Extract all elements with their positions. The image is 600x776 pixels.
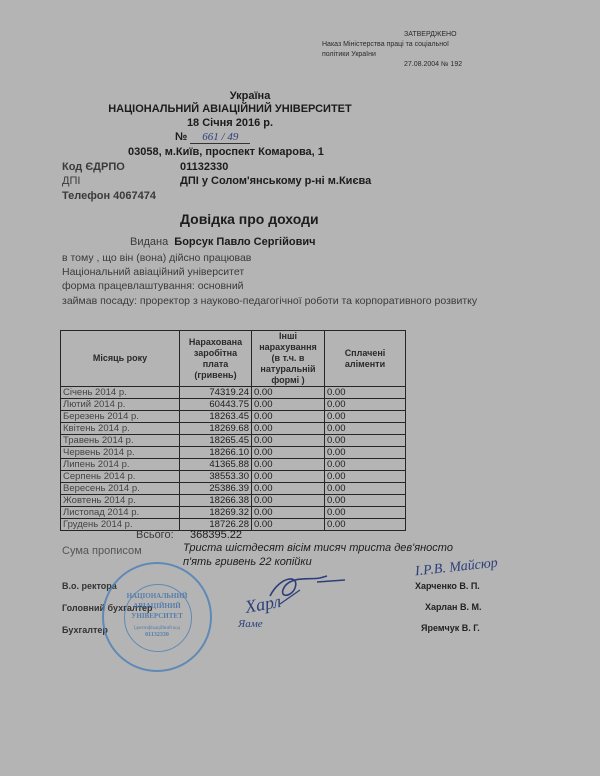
cell-month: Березень 2014 р. bbox=[61, 411, 180, 423]
cell-salary: 18265.45 bbox=[180, 435, 252, 447]
stamp-line-5: 01132330 bbox=[104, 631, 210, 640]
stamp-line-1: НАЦІОНАЛЬНИЙ bbox=[104, 592, 210, 601]
name-rector: Харченко В. П. bbox=[415, 581, 480, 591]
cell-other: 0.00 bbox=[252, 435, 325, 447]
cell-month: Лютий 2014 р. bbox=[61, 399, 180, 411]
table-row: Січень 2014 р.74319.240.000.00 bbox=[61, 387, 406, 399]
stamp-line-3: УНІВЕРСИТЕТ bbox=[104, 612, 210, 621]
total-label: Всього: bbox=[136, 529, 174, 541]
name-accountant: Яремчук В. Г. bbox=[421, 623, 480, 633]
cell-other: 0.00 bbox=[252, 411, 325, 423]
cell-month: Серпень 2014 р. bbox=[61, 471, 180, 483]
approval-title: ЗАТВЕРДЖЕНО bbox=[322, 30, 502, 40]
cell-alimony: 0.00 bbox=[325, 423, 406, 435]
table-row: Липень 2014 р.41365.880.000.00 bbox=[61, 459, 406, 471]
approval-line-2: політики України bbox=[322, 50, 502, 60]
approval-line-3: 27.08.2004 № 192 bbox=[322, 60, 502, 70]
cell-alimony: 0.00 bbox=[325, 519, 406, 531]
statement-line-4: займав посаду: проректор з науково-педаг… bbox=[62, 295, 477, 307]
cell-other: 0.00 bbox=[252, 387, 325, 399]
cell-salary: 18269.32 bbox=[180, 507, 252, 519]
cell-salary: 18266.38 bbox=[180, 495, 252, 507]
document-number: № 661 / 49 bbox=[175, 131, 250, 144]
table-row: Червень 2014 р.18266.100.000.00 bbox=[61, 447, 406, 459]
cell-salary: 25386.39 bbox=[180, 483, 252, 495]
cell-other: 0.00 bbox=[252, 519, 325, 531]
cell-alimony: 0.00 bbox=[325, 399, 406, 411]
edrpo-value: 01132330 bbox=[180, 161, 228, 173]
cell-alimony: 0.00 bbox=[325, 483, 406, 495]
cell-salary: 18263.45 bbox=[180, 411, 252, 423]
dpi-value: ДПІ у Солом'янському р-ні м.Києва bbox=[180, 175, 371, 187]
cell-salary: 38553.30 bbox=[180, 471, 252, 483]
rector-handwritten-note: І.Р.В. Майсюр bbox=[414, 556, 498, 581]
role-accountant: Бухгалтер bbox=[62, 625, 108, 635]
organization-address: 03058, м.Київ, проспект Комарова, 1 bbox=[128, 146, 324, 158]
cell-alimony: 0.00 bbox=[325, 447, 406, 459]
header-other: Інші нарахування (в т.ч. в натуральній ф… bbox=[252, 331, 325, 387]
phone: Телефон 4067474 bbox=[62, 190, 156, 202]
cell-alimony: 0.00 bbox=[325, 495, 406, 507]
table-row: Лютий 2014 р.60443.750.000.00 bbox=[61, 399, 406, 411]
sum-in-words-line-1: Триста шістдесят вісім тисяч триста дев'… bbox=[183, 542, 453, 554]
approval-block: ЗАТВЕРДЖЕНО Наказ Міністерства праці та … bbox=[322, 30, 502, 70]
cell-other: 0.00 bbox=[252, 507, 325, 519]
cell-alimony: 0.00 bbox=[325, 387, 406, 399]
cell-alimony: 0.00 bbox=[325, 411, 406, 423]
official-stamp: НАЦІОНАЛЬНИЙ АВІАЦІЙНИЙ УНІВЕРСИТЕТ Іден… bbox=[102, 562, 212, 672]
cell-other: 0.00 bbox=[252, 447, 325, 459]
cell-month: Червень 2014 р. bbox=[61, 447, 180, 459]
cell-month: Липень 2014 р. bbox=[61, 459, 180, 471]
cell-other: 0.00 bbox=[252, 495, 325, 507]
approval-line-1: Наказ Міністерства праці та соціальної bbox=[322, 40, 502, 50]
cell-alimony: 0.00 bbox=[325, 507, 406, 519]
cell-salary: 18266.10 bbox=[180, 447, 252, 459]
dpi-label: ДПІ bbox=[62, 175, 80, 187]
table-row: Серпень 2014 р.38553.300.000.00 bbox=[61, 471, 406, 483]
statement-line-1: в тому , що він (вона) дійсно працював bbox=[62, 252, 251, 264]
cell-other: 0.00 bbox=[252, 459, 325, 471]
cell-month: Квітень 2014 р. bbox=[61, 423, 180, 435]
table-row: Квітень 2014 р.18269.680.000.00 bbox=[61, 423, 406, 435]
table-row: Листопад 2014 р.18269.320.000.00 bbox=[61, 507, 406, 519]
document-date: 18 Січня 2016 р. bbox=[80, 117, 380, 129]
cell-other: 0.00 bbox=[252, 399, 325, 411]
cell-salary: 18269.68 bbox=[180, 423, 252, 435]
issued-label: Видана bbox=[130, 236, 168, 248]
table-row: Жовтень 2014 р.18266.380.000.00 bbox=[61, 495, 406, 507]
chief-accountant-signature: Харл bbox=[243, 591, 282, 618]
cell-month: Січень 2014 р. bbox=[61, 387, 180, 399]
cell-alimony: 0.00 bbox=[325, 459, 406, 471]
country: Україна bbox=[100, 90, 400, 102]
cell-month: Травень 2014 р. bbox=[61, 435, 180, 447]
stamp-line-2: АВІАЦІЙНИЙ bbox=[104, 602, 210, 611]
cell-salary: 74319.24 bbox=[180, 387, 252, 399]
table-row: Травень 2014 р.18265.450.000.00 bbox=[61, 435, 406, 447]
cell-other: 0.00 bbox=[252, 483, 325, 495]
number-label: № bbox=[175, 131, 187, 143]
table-header-row: Місяць року Нарахована заробітна плата (… bbox=[61, 331, 406, 387]
income-table: Місяць року Нарахована заробітна плата (… bbox=[60, 330, 406, 531]
cell-other: 0.00 bbox=[252, 423, 325, 435]
table-row: Вересень 2014 р.25386.390.000.00 bbox=[61, 483, 406, 495]
number-value: 661 / 49 bbox=[190, 131, 250, 144]
accountant-signature: Яаме bbox=[238, 618, 263, 630]
cell-month: Листопад 2014 р. bbox=[61, 507, 180, 519]
statement-line-3: форма працевлаштування: основний bbox=[62, 280, 244, 292]
employee-name: Борсук Павло Сергійович bbox=[174, 236, 315, 248]
cell-month: Жовтень 2014 р. bbox=[61, 495, 180, 507]
cell-month: Вересень 2014 р. bbox=[61, 483, 180, 495]
table-row: Березень 2014 р.18263.450.000.00 bbox=[61, 411, 406, 423]
issued-to: Видана Борсук Павло Сергійович bbox=[130, 236, 316, 248]
header-alimony: Сплачені аліменти bbox=[325, 331, 406, 387]
header-salary: Нарахована заробітна плата (гривень) bbox=[180, 331, 252, 387]
sum-in-words-label: Сума прописом bbox=[62, 545, 142, 557]
cell-alimony: 0.00 bbox=[325, 435, 406, 447]
edrpo-label: Код ЄДРПО bbox=[62, 161, 125, 173]
name-chief-accountant: Харлан В. М. bbox=[425, 602, 481, 612]
cell-other: 0.00 bbox=[252, 471, 325, 483]
organization-name: НАЦІОНАЛЬНИЙ АВІАЦІЙНИЙ УНІВЕРСИТЕТ bbox=[80, 103, 380, 115]
header-month: Місяць року bbox=[61, 331, 180, 387]
total-value: 368395.22 bbox=[190, 529, 242, 541]
statement-line-2: Національний авіаційний університет bbox=[62, 266, 244, 278]
cell-alimony: 0.00 bbox=[325, 471, 406, 483]
document-title: Довідка про доходи bbox=[180, 211, 319, 227]
cell-salary: 60443.75 bbox=[180, 399, 252, 411]
cell-salary: 41365.88 bbox=[180, 459, 252, 471]
